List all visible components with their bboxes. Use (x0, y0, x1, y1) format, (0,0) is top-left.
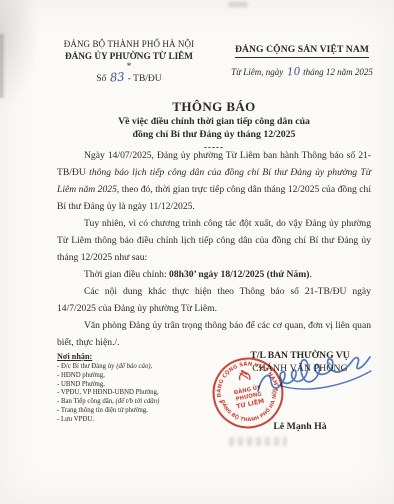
recipient-text: - Ban Tiếp công dân, (57, 398, 116, 405)
scan-streak (0, 34, 5, 98)
scan-mark (228, 2, 248, 7)
recipients-block: Nơi nhận: - Đ/c Bí thư Đảng ủy (để báo c… (57, 352, 207, 425)
document-subtitle-1: Về việc điều chỉnh thời gian tiếp công d… (57, 115, 371, 128)
recipient-item: - HĐND phường, (57, 372, 207, 381)
recipient-item: - Ban Tiếp công dân, (để t/b tới cdân) (57, 398, 207, 407)
parent-org-name: ĐẢNG BỘ THÀNH PHỐ HÀ NỘI (48, 39, 210, 51)
date-suffix: tháng 12 năm 2025 (303, 67, 373, 77)
date-day-handwritten: 10 (286, 66, 300, 79)
adjusted-time-period: . (309, 269, 311, 280)
header-left: ĐẢNG BỘ THÀNH PHỐ HÀ NỘI ĐẢNG ỦY PHƯỜNG … (48, 39, 210, 86)
recipients-title: Nơi nhận: (57, 352, 207, 361)
recipient-item: - Đ/c Bí thư Đảng ủy (để báo cáo), (57, 363, 207, 372)
recipient-text: - Đ/c Bí thư Đảng ủy (57, 363, 116, 370)
recipient-item: - Lưu VPĐU. (57, 416, 207, 425)
paragraph-1: Ngày 14/07/2025, Đảng ủy phường Từ Liêm … (57, 147, 371, 215)
adjusted-time-label: Thời gian điều chỉnh: (84, 269, 169, 280)
document-number: Số 83 - TB/ĐU (48, 72, 210, 86)
date-prefix: Từ Liêm, ngày (231, 67, 283, 77)
adjusted-time-line: Thời gian điều chỉnh: 08h30’ ngày 18/12/… (57, 266, 371, 283)
recipient-item: - Trang thông tin điện tử phường, (57, 407, 207, 416)
recipient-text: - Trang thông tin điện tử phường, (57, 407, 148, 414)
signer-name: Lê Mạnh Hà (222, 421, 378, 432)
adjusted-time-value: 08h30’ ngày 18/12/2025 (thứ Năm) (169, 269, 309, 280)
recipient-text: - Lưu VPĐU. (57, 416, 94, 423)
recipient-text: - HĐND phường, (57, 372, 105, 379)
paragraph-4: Các nội dung khác thực hiện theo Thông b… (57, 283, 371, 317)
separator-star: * (48, 62, 210, 70)
document-number-suffix: - TB/ĐU (128, 74, 162, 84)
document-number-prefix: Số (96, 74, 106, 84)
recipient-note: (để báo cáo), (116, 363, 152, 370)
scan-smudge (0, 0, 40, 110)
header-right: ĐẢNG CỘNG SẢN VIỆT NAM Từ Liêm, ngày 10 … (218, 39, 386, 78)
bleed-through-artifact (229, 437, 287, 446)
recipient-text: - VPĐU, VP HĐND-UBND Phường, (57, 389, 159, 396)
document-subtitle-2: đồng chí Bí thư Đảng ủy tháng 12/2025 (57, 128, 371, 141)
document-title: THÔNG BÁO (57, 99, 371, 115)
date-line: Từ Liêm, ngày 10 tháng 12 năm 2025 (218, 66, 386, 78)
paragraph-5: Văn phòng Đảng ủy trân trọng thông báo đ… (57, 317, 371, 351)
recipient-item: - UBND Phường, (57, 381, 207, 390)
title-block: THÔNG BÁO Về việc điều chỉnh thời gian t… (57, 99, 371, 152)
document-number-handwritten: 83 (109, 72, 124, 84)
document-page: ĐẢNG BỘ THÀNH PHỐ HÀ NỘI ĐẢNG ỦY PHƯỜNG … (0, 0, 394, 504)
paragraph-2: Tuy nhiên, vì có chương trình công tác đ… (57, 215, 371, 266)
recipient-text: - UBND Phường, (57, 381, 105, 388)
signature-scrawl (250, 347, 374, 405)
national-motto: ĐẢNG CỘNG SẢN VIỆT NAM (235, 44, 369, 58)
hammer-sickle-icon (238, 369, 250, 381)
recipient-note: (để t/b tới cdân) (116, 398, 160, 405)
recipient-item: - VPĐU, VP HĐND-UBND Phường, (57, 389, 207, 398)
document-body: Ngày 14/07/2025, Đảng ủy phường Từ Liêm … (57, 147, 371, 351)
